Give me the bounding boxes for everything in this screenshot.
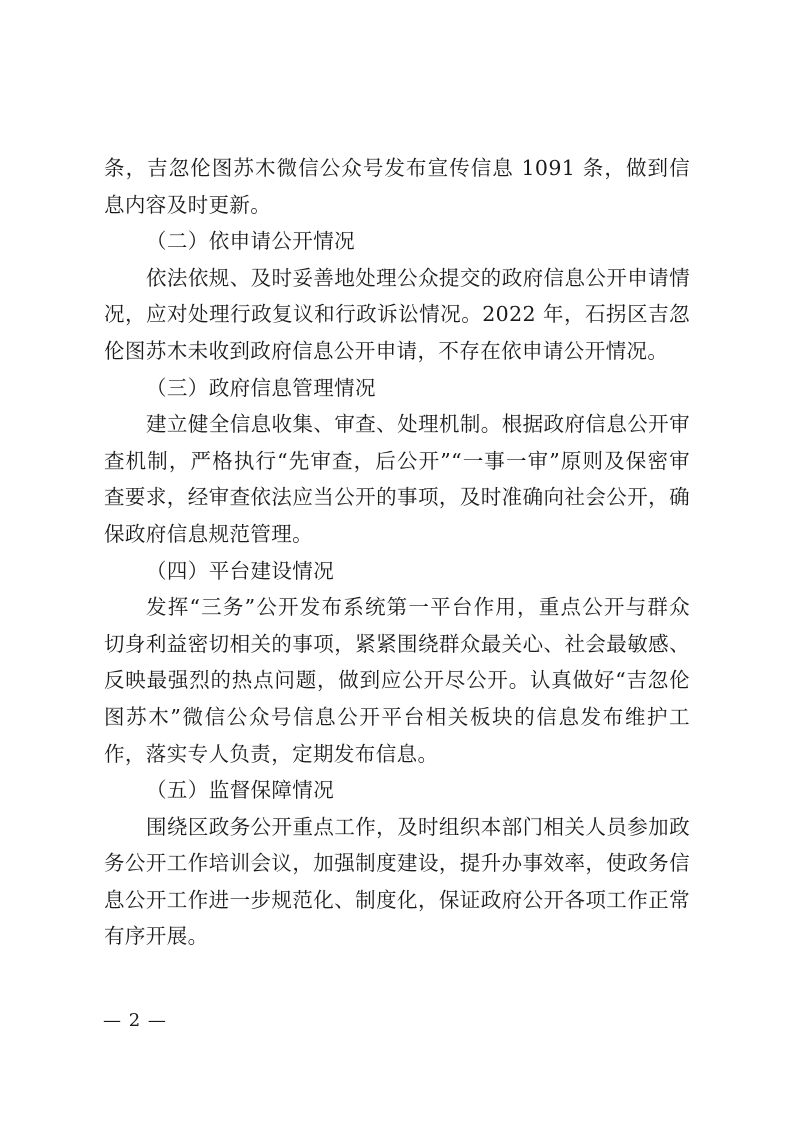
paragraph-supervision: 围绕区政务公开重点工作，及时组织本部门相关人员参加政务公开工作培训会议，加强制度… [104, 809, 690, 955]
page-number: — 2 — [103, 1010, 167, 1031]
section-heading-3: （三）政府信息管理情况 [104, 370, 690, 407]
paragraph-info-management: 建立健全信息收集、审查、处理机制。根据政府信息公开审查机制，严格执行“先审查，后… [104, 406, 690, 552]
paragraph-application-disclosure: 依法依规、及时妥善地处理公众提交的政府信息公开申请情况，应对处理行政复议和行政诉… [104, 260, 690, 370]
paragraph-platform-construction: 发挥“三务”公开发布系统第一平台作用，重点公开与群众切身利益密切相关的事项，紧紧… [104, 589, 690, 772]
paragraph-continuation: 条，吉忽伦图苏木微信公众号发布宣传信息 1091 条，做到信息内容及时更新。 [104, 150, 690, 223]
document-page: 条，吉忽伦图苏木微信公众号发布宣传信息 1091 条，做到信息内容及时更新。 （… [104, 150, 690, 955]
section-heading-5: （五）监督保障情况 [104, 772, 690, 809]
section-heading-4: （四）平台建设情况 [104, 553, 690, 590]
section-heading-2: （二）依申请公开情况 [104, 223, 690, 260]
